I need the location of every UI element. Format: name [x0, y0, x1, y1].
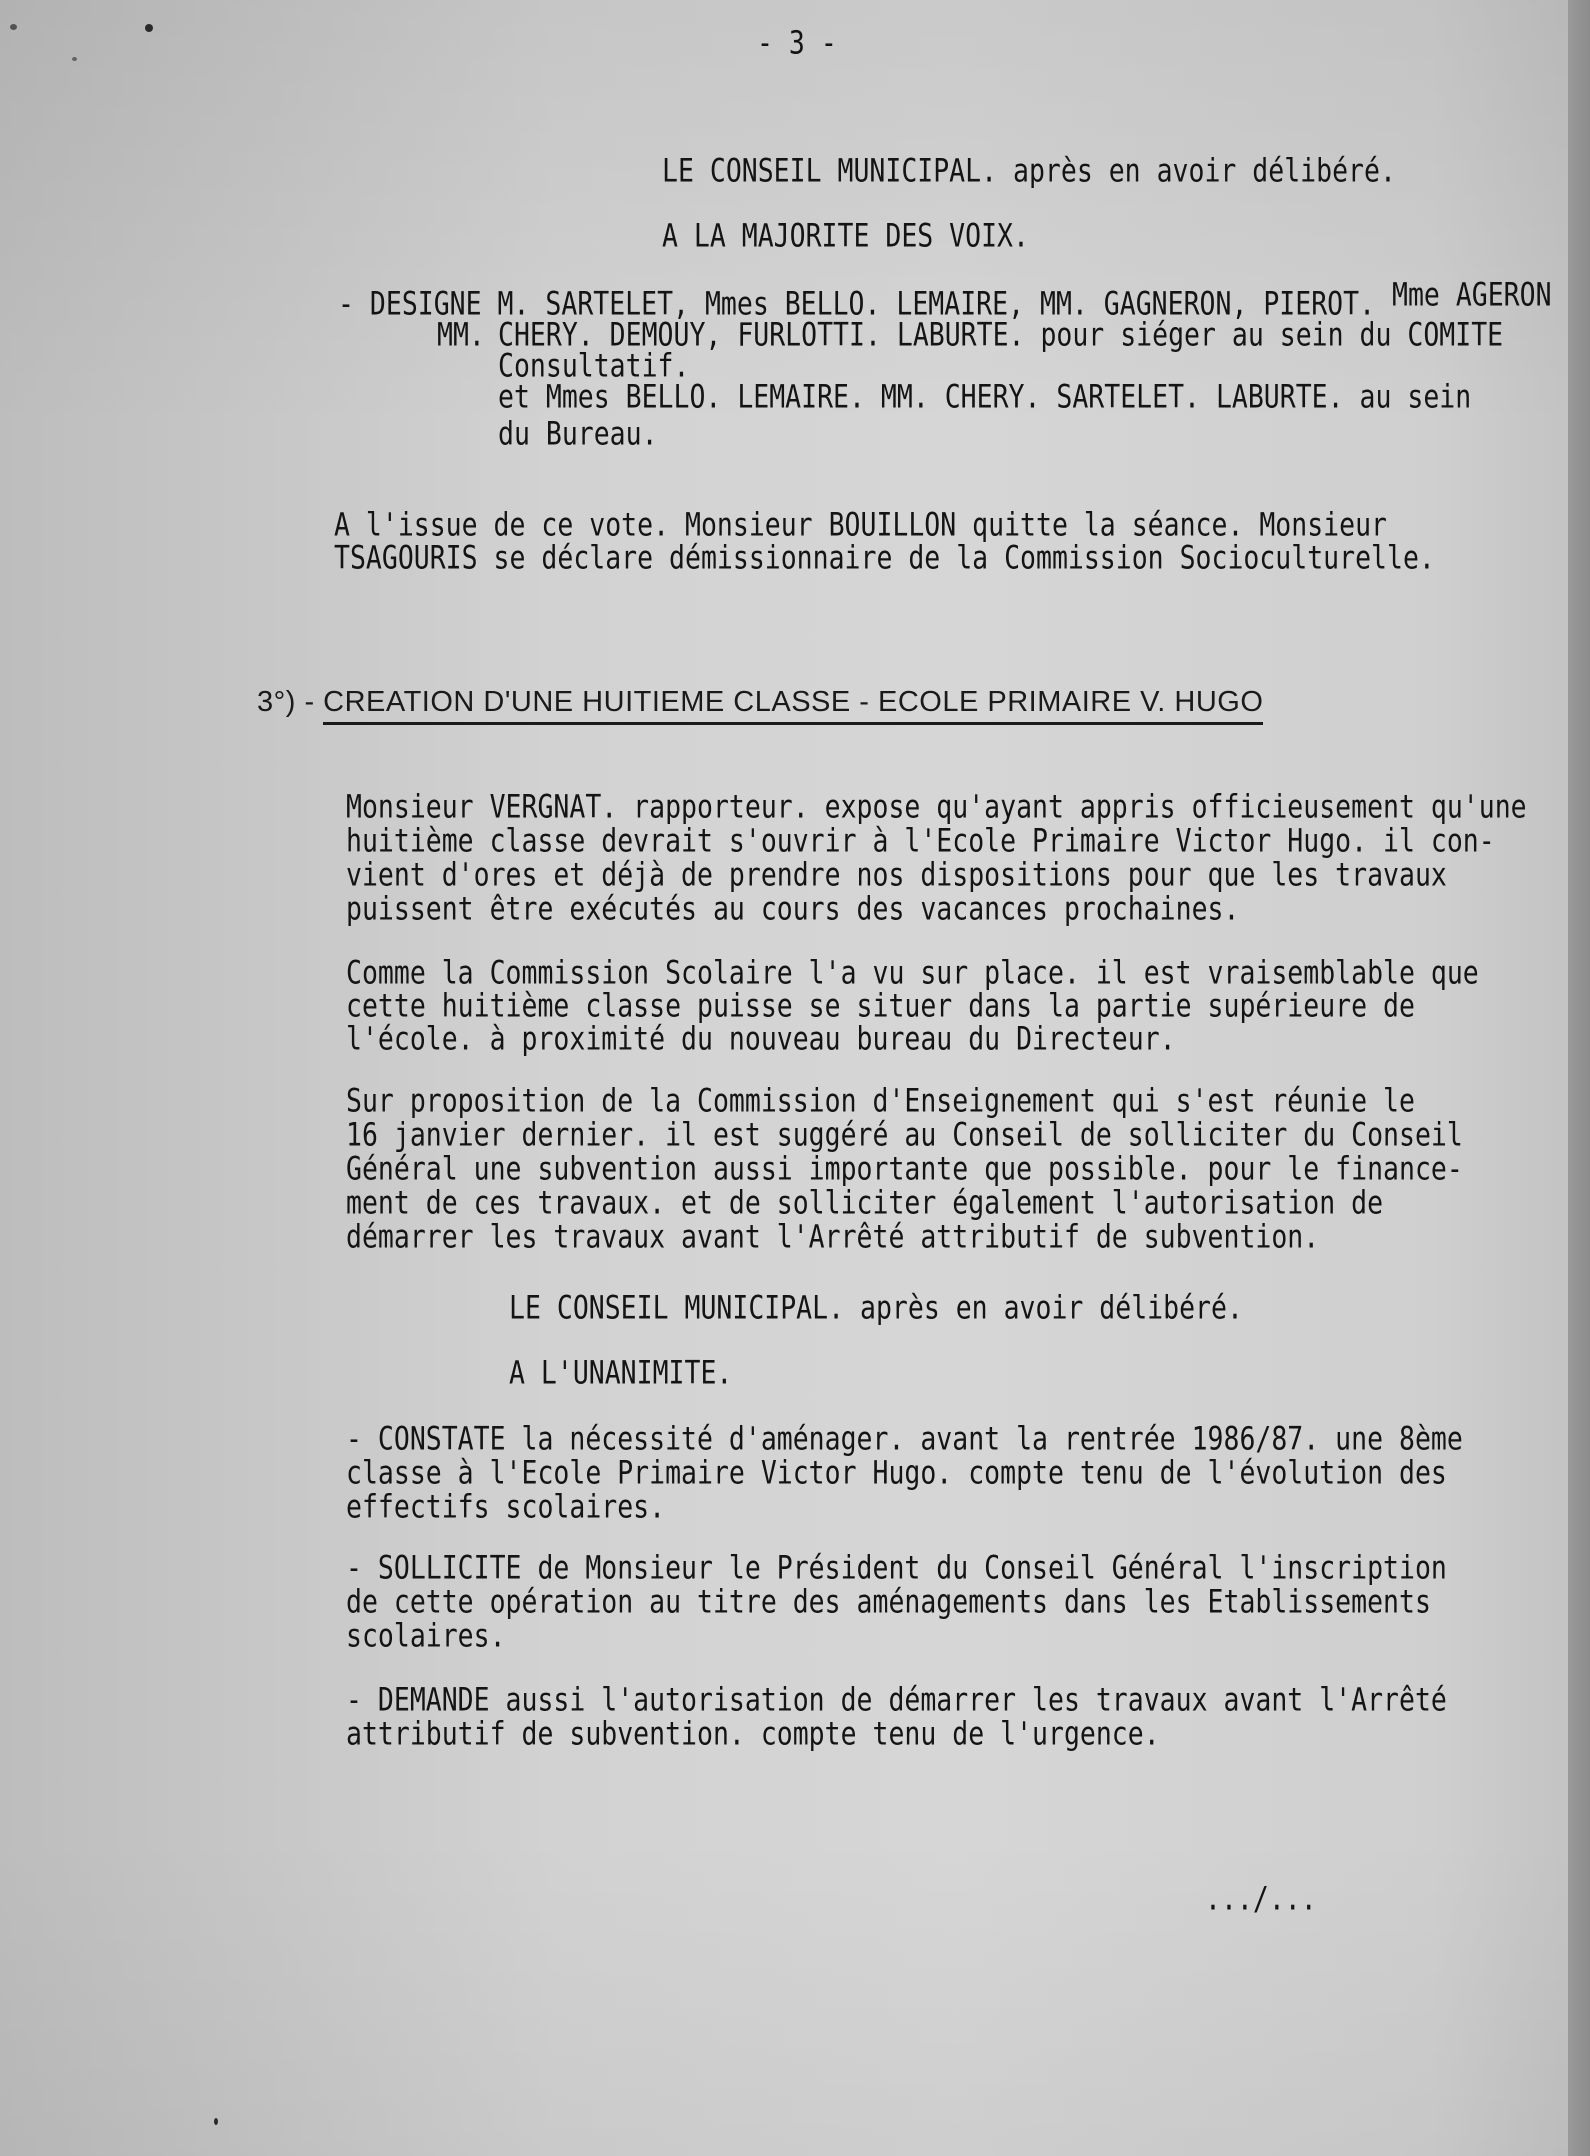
note-line: TSAGOURIS se déclare démissionnaire de l…: [334, 543, 1435, 575]
decision-line: MM.: [437, 320, 485, 352]
speck: [72, 57, 77, 61]
decision-line: - CONSTATE la nécessité d'aménager. avan…: [346, 1424, 1463, 1456]
decision-line: - DEMANDE aussi l'autorisation de démarr…: [346, 1685, 1447, 1717]
section-title: CREATION D'UNE HUITIEME CLASSE - ECOLE P…: [323, 686, 1263, 725]
decision-line: effectifs scolaires.: [346, 1492, 665, 1524]
section-heading: 3°) - CREATION D'UNE HUITIEME CLASSE - E…: [257, 688, 1263, 717]
decision-line: attributif de subvention. compte tenu de…: [346, 1719, 1160, 1751]
paragraph-line: Comme la Commission Scolaire l'a vu sur …: [346, 958, 1479, 990]
decision-line: de cette opération au titre des aménagem…: [346, 1587, 1431, 1619]
paragraph-line: l'école. à proximité du nouveau bureau d…: [346, 1024, 1176, 1056]
page-number: - 3 -: [757, 28, 837, 60]
paragraph-line: cette huitième classe puisse se situer d…: [346, 991, 1415, 1023]
speck: [145, 24, 153, 32]
paragraph-line: démarrer les travaux avant l'Arrêté attr…: [346, 1222, 1319, 1254]
paragraph-line: 16 janvier dernier. il est suggéré au Co…: [346, 1120, 1463, 1152]
decision-line: - SOLLICITE de Monsieur le Président du …: [346, 1553, 1447, 1585]
decision-line: classe à l'Ecole Primaire Victor Hugo. c…: [346, 1458, 1447, 1490]
resolution-intro: LE CONSEIL MUNICIPAL. après en avoir dél…: [662, 156, 1396, 188]
paragraph-line: Général une subvention aussi importante …: [346, 1154, 1463, 1186]
paragraph-line: puissent être exécutés au cours des vaca…: [346, 894, 1239, 926]
paragraph-line: ment de ces travaux. et de solliciter ég…: [346, 1188, 1383, 1220]
note-line: A l'issue de ce vote. Monsieur BOUILLON …: [334, 510, 1387, 542]
decision-line: et Mmes BELLO. LEMAIRE. MM. CHERY. SARTE…: [498, 382, 1471, 414]
vote-result: A L'UNANIMITE.: [509, 1358, 732, 1390]
continuation-mark: .../...: [1205, 1884, 1317, 1916]
paragraph-line: huitième classe devrait s'ouvrir à l'Eco…: [346, 826, 1495, 858]
resolution-intro: LE CONSEIL MUNICIPAL. après en avoir dél…: [509, 1293, 1243, 1325]
decision-line: scolaires.: [346, 1621, 506, 1653]
decision-line: Mme AGERON: [1392, 280, 1552, 312]
paragraph-line: Monsieur VERGNAT. rapporteur. expose qu'…: [346, 792, 1527, 824]
decision-line: du Bureau.: [498, 419, 658, 451]
speck: [10, 24, 17, 30]
paragraph-line: Sur proposition de la Commission d'Ensei…: [346, 1086, 1415, 1118]
vote-result: A LA MAJORITE DES VOIX.: [662, 221, 1029, 253]
paragraph-line: vient d'ores et déjà de prendre nos disp…: [346, 860, 1447, 892]
speck: [214, 2118, 218, 2125]
section-number: 3°) -: [257, 686, 315, 718]
paper-edge-shadow: [1568, 0, 1590, 2156]
